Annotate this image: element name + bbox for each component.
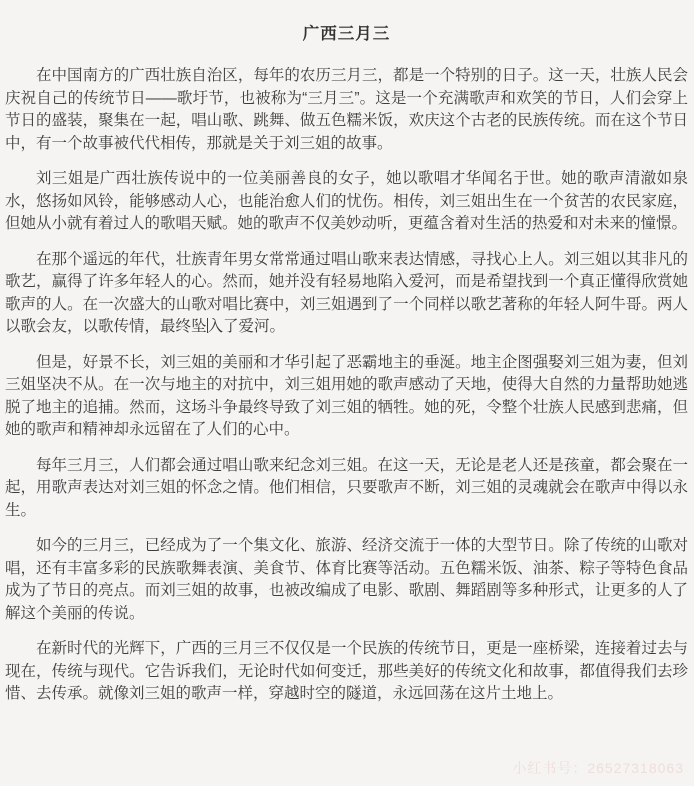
paragraph-1: 在中国南方的广西壮族自治区，每年的农历三月三，都是一个特别的日子。这一天，壮族人… <box>5 65 688 155</box>
paragraph-3: 在那个遥远的年代，壮族青年男女常常通过唱山歌来表达情感，寻找心上人。刘三姐以其非… <box>5 249 688 339</box>
paragraph-6: 如今的三月三，已经成为了一个集文化、旅游、经济交流于一体的大型节日。除了传统的山… <box>5 535 688 625</box>
paragraph-2: 刘三姐是广西壮族传说中的一位美丽善良的女子，她以歌唱才华闻名于世。她的歌声清澈如… <box>5 168 688 236</box>
text-cursor <box>207 318 208 333</box>
document-page: 广西三月三 在中国南方的广西壮族自治区，每年的农历三月三，都是一个特别的日子。这… <box>0 0 694 786</box>
paragraph-5: 每年三月三，人们都会通过唱山歌来纪念刘三姐。在这一天，无论是老人还是孩童，都会聚… <box>5 455 688 523</box>
document-body: 在中国南方的广西壮族自治区，每年的农历三月三，都是一个特别的日子。这一天，壮族人… <box>5 65 688 706</box>
paragraph-4: 但是，好景不长，刘三姐的美丽和才华引起了恶霸地主的垂涎。地主企图强娶刘三姐为妻，… <box>5 352 688 442</box>
paragraph-7: 在新时代的光辉下，广西的三月三不仅仅是一个民族的传统节日，更是一座桥梁，连接着过… <box>5 638 688 706</box>
document-title: 广西三月三 <box>5 20 688 44</box>
xiaohongshu-id-watermark: 小红书号：26527318063 <box>512 758 684 778</box>
